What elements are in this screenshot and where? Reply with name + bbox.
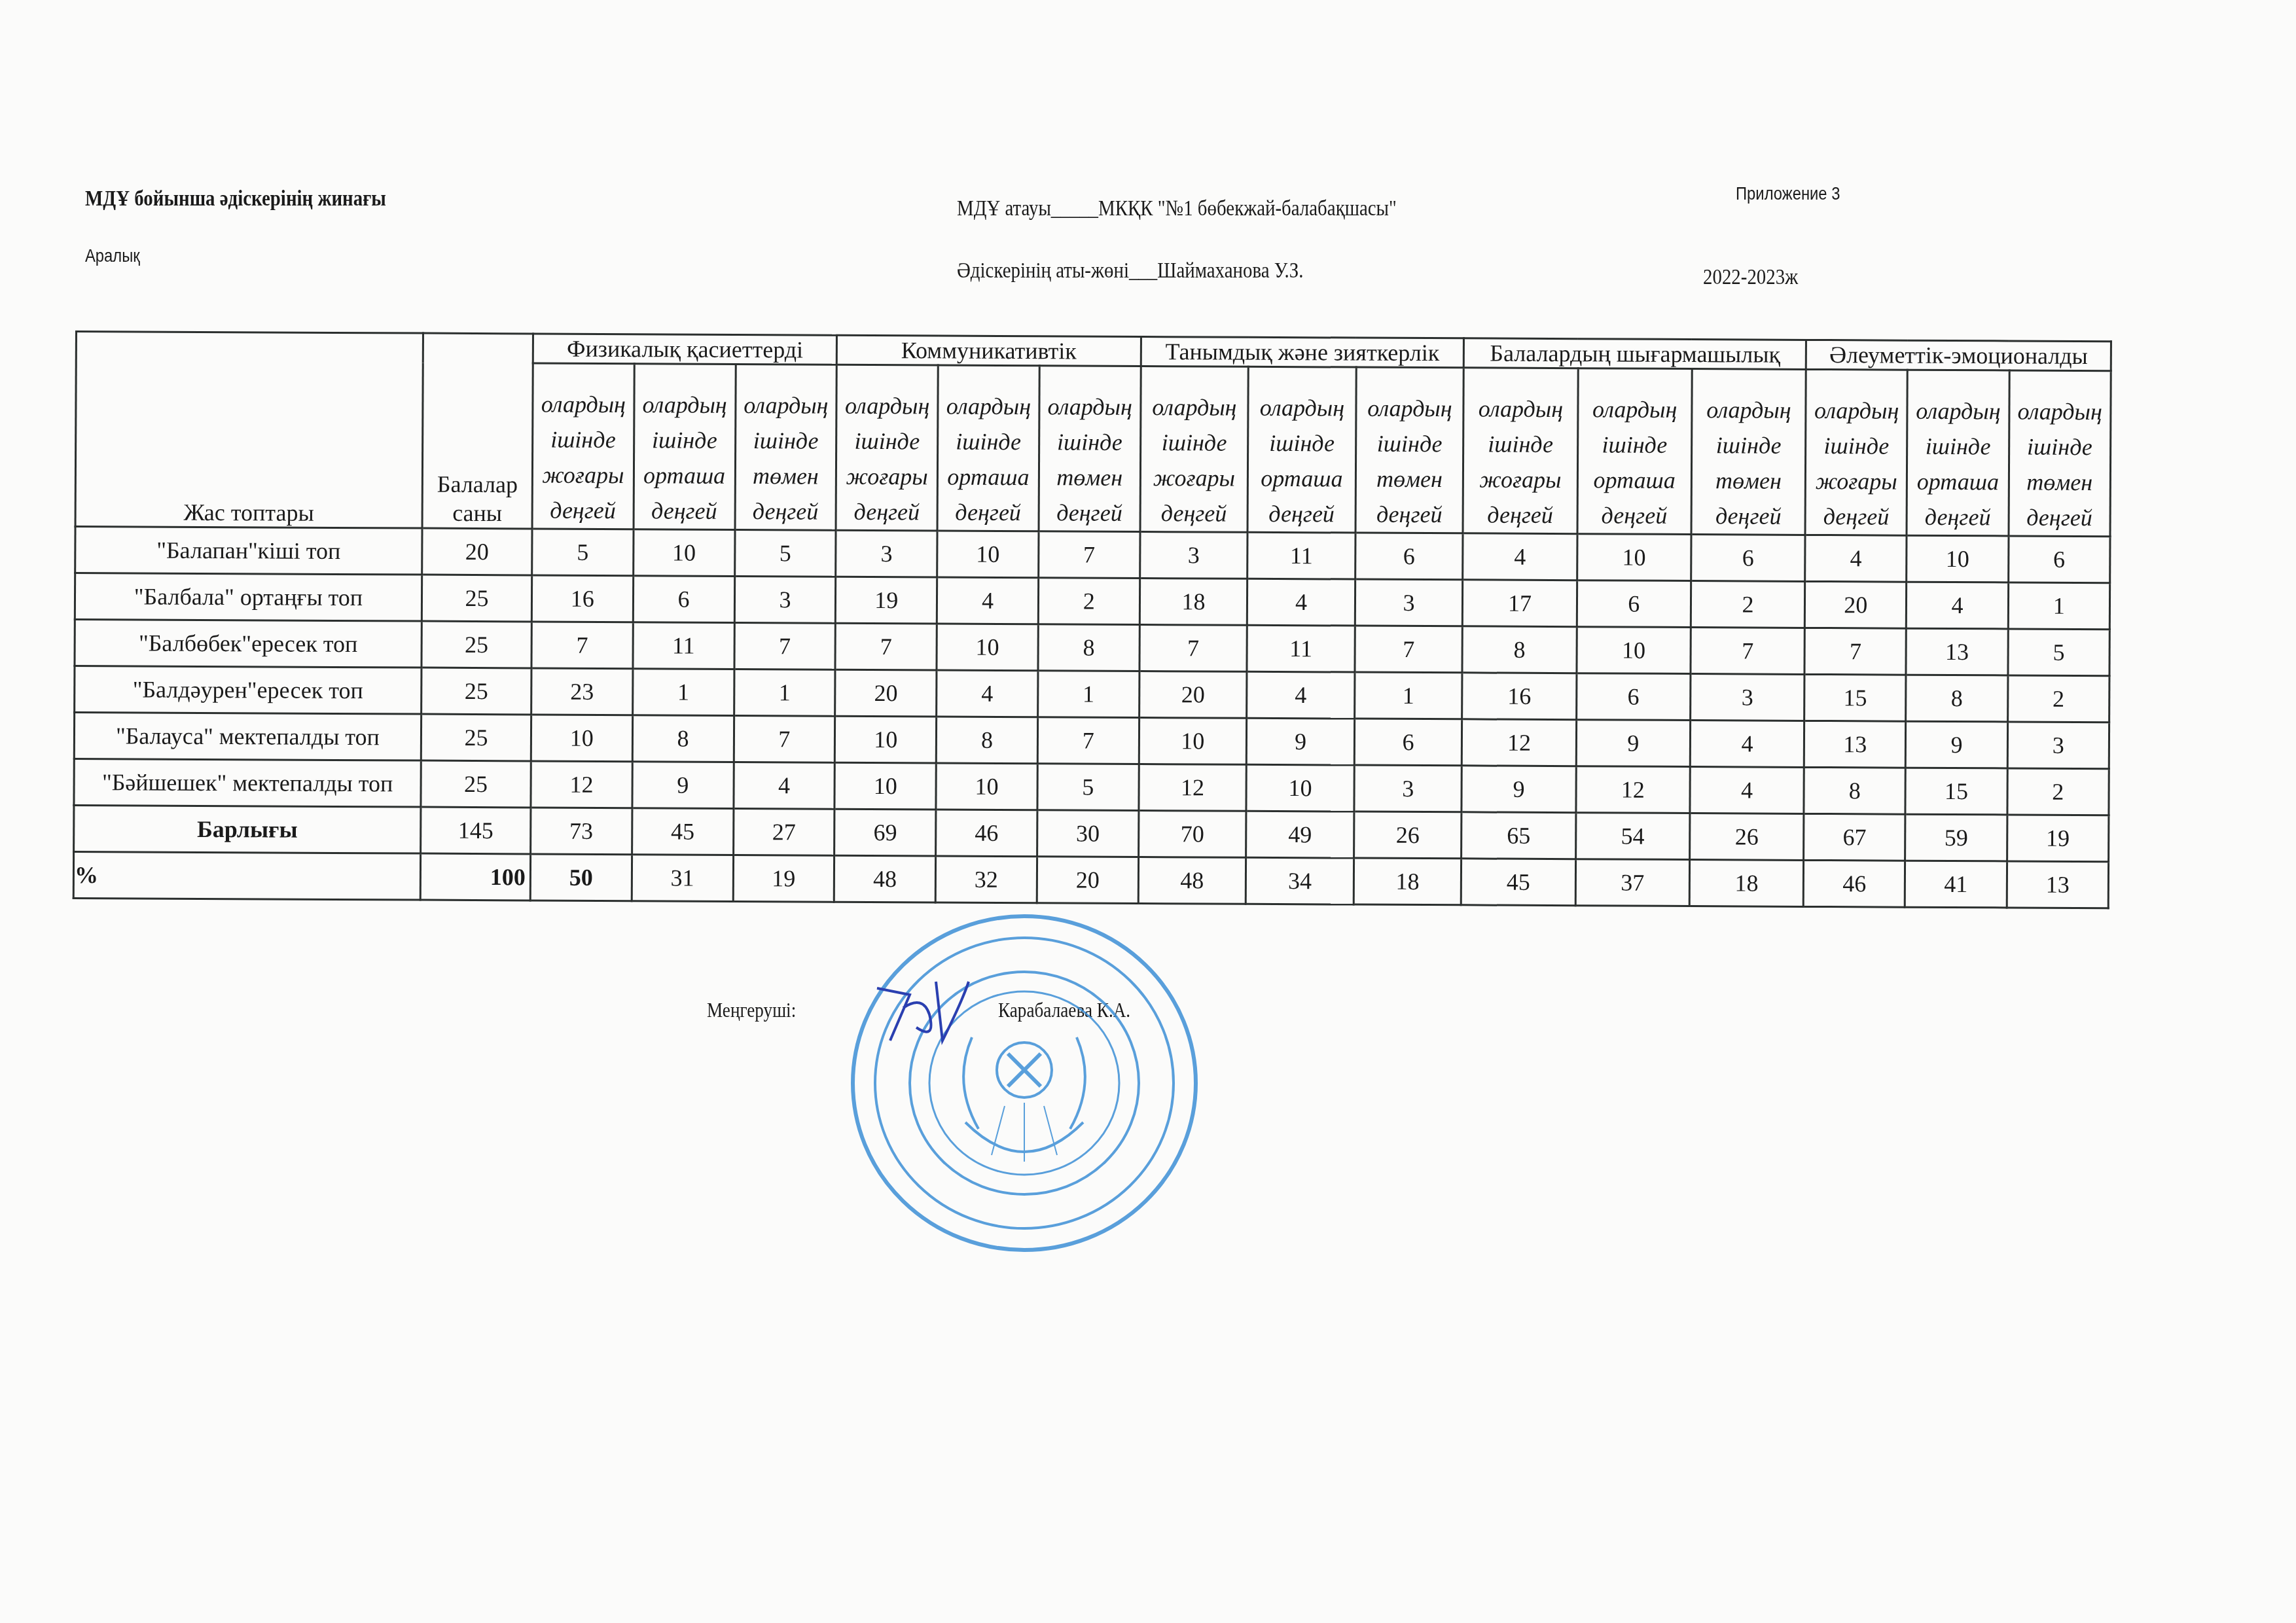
value-cell: 7 bbox=[1804, 628, 1907, 675]
value-cell: 49 bbox=[1246, 811, 1354, 858]
level-header: олардың ішінде төмен деңгей bbox=[1691, 369, 1806, 535]
children-count: 25 bbox=[422, 668, 531, 715]
value-cell: 1 bbox=[1038, 671, 1139, 718]
value-cell: 4 bbox=[937, 670, 1038, 717]
value-cell: 20 bbox=[835, 669, 937, 717]
group-cognitive: Танымдық және зияткерлік bbox=[1141, 336, 1464, 367]
group-name: % bbox=[73, 851, 420, 900]
value-cell: 1 bbox=[2008, 582, 2110, 630]
value-cell: 46 bbox=[1803, 860, 1905, 907]
value-cell: 9 bbox=[1247, 718, 1355, 765]
level-header: олардың ішінде жоғары деңгей bbox=[836, 365, 938, 531]
value-cell: 6 bbox=[1355, 533, 1463, 580]
value-cell: 65 bbox=[1462, 812, 1576, 859]
value-cell: 12 bbox=[531, 761, 632, 808]
value-cell: 10 bbox=[937, 531, 1039, 578]
value-cell: 10 bbox=[937, 624, 1038, 671]
children-count: 145 bbox=[421, 807, 531, 854]
value-cell: 27 bbox=[733, 808, 834, 855]
group-name: Барлығы bbox=[74, 805, 421, 853]
value-cell: 5 bbox=[1037, 764, 1139, 811]
value-cell: 10 bbox=[633, 529, 734, 577]
level-header: олардың ішінде төмен деңгей bbox=[1355, 367, 1464, 533]
value-cell: 10 bbox=[835, 716, 937, 763]
value-cell: 10 bbox=[531, 715, 632, 762]
value-cell: 13 bbox=[1804, 721, 1907, 768]
value-cell: 5 bbox=[2008, 629, 2110, 676]
value-cell: 8 bbox=[936, 717, 1037, 764]
value-cell: 4 bbox=[1463, 533, 1577, 580]
group-name: "Балбала" ортаңғы топ bbox=[75, 573, 422, 622]
value-cell: 4 bbox=[1805, 535, 1907, 582]
value-cell: 8 bbox=[1038, 624, 1139, 671]
value-cell: 2 bbox=[1691, 581, 1805, 628]
value-cell: 50 bbox=[530, 854, 632, 901]
value-cell: 12 bbox=[1462, 719, 1577, 766]
level-header: олардың ішінде жоғары деңгей bbox=[1140, 366, 1249, 532]
level-header: олардың ішінде орташа деңгей bbox=[1247, 366, 1356, 533]
value-cell: 7 bbox=[734, 715, 835, 762]
value-cell: 6 bbox=[1576, 673, 1691, 721]
value-cell: 4 bbox=[1690, 721, 1804, 768]
level-header: олардың ішінде төмен деңгей bbox=[1039, 366, 1141, 532]
value-cell: 8 bbox=[1804, 767, 1906, 814]
value-cell: 30 bbox=[1037, 810, 1138, 857]
value-cell: 15 bbox=[1804, 674, 1907, 721]
value-cell: 9 bbox=[1906, 721, 2008, 768]
value-cell: 4 bbox=[734, 762, 835, 809]
level-header: олардың ішінде жоғары деңгей bbox=[1463, 368, 1578, 534]
group-name: "Балдәурен"ересек топ bbox=[75, 666, 422, 715]
signer-label: Меңгеруші: bbox=[707, 998, 796, 1022]
value-cell: 17 bbox=[1463, 580, 1577, 627]
value-cell: 26 bbox=[1690, 813, 1804, 861]
value-cell: 9 bbox=[1462, 766, 1576, 813]
value-cell: 34 bbox=[1246, 857, 1354, 904]
value-cell: 10 bbox=[1907, 535, 2009, 582]
group-header-row: Жас топтары Балалар саны Физикалық қасие… bbox=[76, 332, 2111, 371]
value-cell: 73 bbox=[531, 808, 632, 855]
value-cell: 8 bbox=[1906, 675, 2008, 722]
value-cell: 4 bbox=[1247, 671, 1355, 719]
value-cell: 32 bbox=[935, 856, 1037, 903]
value-cell: 23 bbox=[531, 668, 633, 715]
level-header: олардың ішінде орташа деңгей bbox=[634, 364, 736, 530]
level-header: олардың ішінде жоғары деңгей bbox=[532, 363, 634, 529]
value-cell: 10 bbox=[1139, 717, 1247, 764]
age-groups-header: Жас топтары bbox=[75, 332, 423, 529]
value-cell: 3 bbox=[1354, 765, 1462, 812]
value-cell: 67 bbox=[1804, 813, 1906, 861]
value-cell: 37 bbox=[1575, 859, 1690, 906]
value-cell: 19 bbox=[733, 855, 834, 902]
value-cell: 48 bbox=[1138, 857, 1246, 904]
value-cell: 5 bbox=[532, 529, 634, 576]
level-header: олардың ішінде төмен деңгей bbox=[735, 364, 837, 530]
value-cell: 6 bbox=[1577, 580, 1691, 628]
group-communicative: Коммуникативтік bbox=[837, 335, 1141, 366]
value-cell: 2 bbox=[2007, 675, 2109, 722]
value-cell: 2 bbox=[2007, 768, 2109, 815]
value-cell: 7 bbox=[1039, 531, 1140, 579]
value-cell: 11 bbox=[633, 622, 734, 669]
results-table: Жас топтары Балалар саны Физикалық қасие… bbox=[73, 330, 2112, 909]
value-cell: 31 bbox=[632, 855, 733, 902]
value-cell: 10 bbox=[1577, 627, 1691, 674]
document-title: МДҰ бойынша әдіскерінің жинағы bbox=[85, 187, 386, 211]
level-header: олардың ішінде жоғары деңгей bbox=[1805, 369, 1907, 535]
value-cell: 16 bbox=[1462, 673, 1577, 720]
value-cell: 9 bbox=[1576, 720, 1691, 767]
children-count: 20 bbox=[422, 528, 532, 575]
value-cell: 46 bbox=[936, 810, 1037, 857]
value-cell: 5 bbox=[734, 529, 836, 577]
value-cell: 3 bbox=[1139, 531, 1247, 579]
value-cell: 7 bbox=[1139, 624, 1247, 671]
value-cell: 4 bbox=[1690, 767, 1804, 814]
children-count: 100 bbox=[420, 853, 530, 901]
value-cell: 41 bbox=[1905, 861, 2007, 908]
table-row: %100503119483220483418453718464113 bbox=[73, 851, 2108, 908]
value-cell: 2 bbox=[1038, 578, 1139, 625]
value-cell: 3 bbox=[1355, 579, 1463, 626]
value-cell: 20 bbox=[1139, 671, 1247, 718]
value-cell: 7 bbox=[1037, 717, 1139, 764]
value-cell: 10 bbox=[936, 763, 1037, 810]
value-cell: 20 bbox=[1037, 857, 1138, 904]
value-cell: 11 bbox=[1247, 532, 1355, 579]
table-body: "Балапан"кіші топ2051053107311641064106"… bbox=[73, 527, 2110, 908]
value-cell: 10 bbox=[1577, 534, 1691, 581]
value-cell: 6 bbox=[1354, 719, 1462, 766]
value-cell: 12 bbox=[1576, 766, 1691, 813]
group-name: "Балауса" мектепалды топ bbox=[74, 713, 421, 761]
value-cell: 4 bbox=[1907, 582, 2009, 629]
value-cell: 7 bbox=[1355, 626, 1463, 673]
group-name: "Балапан"кіші топ bbox=[75, 527, 422, 575]
annex-label: Приложение 3 bbox=[1736, 183, 1840, 204]
value-cell: 8 bbox=[1462, 626, 1577, 673]
value-cell: 54 bbox=[1575, 813, 1690, 860]
value-cell: 45 bbox=[632, 808, 733, 855]
group-social-emotional: Әлеуметтік-эмоционалды bbox=[1806, 340, 2111, 370]
value-cell: 16 bbox=[531, 575, 633, 622]
group-name: "Балбөбек"ересек топ bbox=[75, 620, 422, 668]
value-cell: 4 bbox=[1247, 579, 1355, 626]
value-cell: 7 bbox=[1691, 628, 1805, 675]
value-cell: 19 bbox=[836, 577, 937, 624]
value-cell: 3 bbox=[2007, 722, 2109, 769]
official-stamp-icon bbox=[841, 906, 1208, 1260]
value-cell: 9 bbox=[632, 762, 734, 809]
teacher-name: Әдіскерінің аты-жөні___Шаймаханова У.З. bbox=[957, 259, 1303, 283]
children-count: 25 bbox=[421, 714, 531, 761]
children-count: 25 bbox=[421, 760, 531, 808]
children-count-header: Балалар саны bbox=[422, 333, 533, 529]
value-cell: 6 bbox=[1691, 535, 1806, 582]
value-cell: 3 bbox=[836, 530, 937, 577]
signature-icon bbox=[864, 969, 982, 1054]
value-cell: 8 bbox=[632, 715, 734, 762]
level-header: олардың ішінде орташа деңгей bbox=[1907, 370, 2009, 536]
group-physical: Физикалық қасиеттерді bbox=[533, 334, 837, 365]
value-cell: 12 bbox=[1139, 764, 1247, 811]
level-header: олардың ішінде орташа деңгей bbox=[937, 365, 1039, 531]
value-cell: 18 bbox=[1139, 578, 1247, 625]
value-cell: 20 bbox=[1805, 581, 1907, 628]
value-cell: 6 bbox=[2008, 536, 2110, 583]
value-cell: 1 bbox=[632, 669, 734, 716]
value-cell: 70 bbox=[1138, 810, 1246, 857]
value-cell: 48 bbox=[834, 855, 936, 902]
group-creative: Балалардың шығармашылық bbox=[1464, 338, 1806, 370]
level-header: олардың ішінде орташа деңгей bbox=[1577, 368, 1693, 535]
value-cell: 19 bbox=[2007, 815, 2109, 862]
academic-year: 2022-2023ж bbox=[1703, 265, 1798, 290]
value-cell: 3 bbox=[1691, 674, 1805, 721]
value-cell: 11 bbox=[1247, 625, 1355, 672]
group-name: "Бәйшешек" мектепалды топ bbox=[74, 758, 421, 807]
value-cell: 13 bbox=[2007, 861, 2109, 908]
organization-name: МДҰ атауы_____МКҚК "№1 бөбекжай-балабақш… bbox=[957, 196, 1397, 221]
value-cell: 26 bbox=[1354, 811, 1462, 859]
children-count: 25 bbox=[422, 575, 531, 622]
value-cell: 1 bbox=[1354, 672, 1462, 719]
value-cell: 13 bbox=[1906, 628, 2008, 675]
value-cell: 3 bbox=[734, 576, 836, 623]
value-cell: 69 bbox=[834, 809, 936, 856]
value-cell: 18 bbox=[1689, 860, 1804, 907]
value-cell: 7 bbox=[531, 622, 633, 669]
period-label: Аралық bbox=[85, 245, 140, 266]
value-cell: 10 bbox=[1246, 764, 1354, 811]
value-cell: 18 bbox=[1354, 858, 1462, 905]
value-cell: 59 bbox=[1905, 814, 2007, 861]
value-cell: 6 bbox=[633, 576, 734, 623]
children-count: 25 bbox=[422, 621, 531, 668]
value-cell: 7 bbox=[734, 622, 836, 669]
value-cell: 45 bbox=[1462, 859, 1576, 906]
level-header: олардың ішінде төмен деңгей bbox=[2009, 370, 2111, 537]
value-cell: 1 bbox=[734, 669, 835, 716]
value-cell: 15 bbox=[1905, 768, 2007, 815]
value-cell: 4 bbox=[937, 577, 1038, 624]
value-cell: 7 bbox=[835, 623, 937, 670]
value-cell: 10 bbox=[834, 762, 936, 810]
